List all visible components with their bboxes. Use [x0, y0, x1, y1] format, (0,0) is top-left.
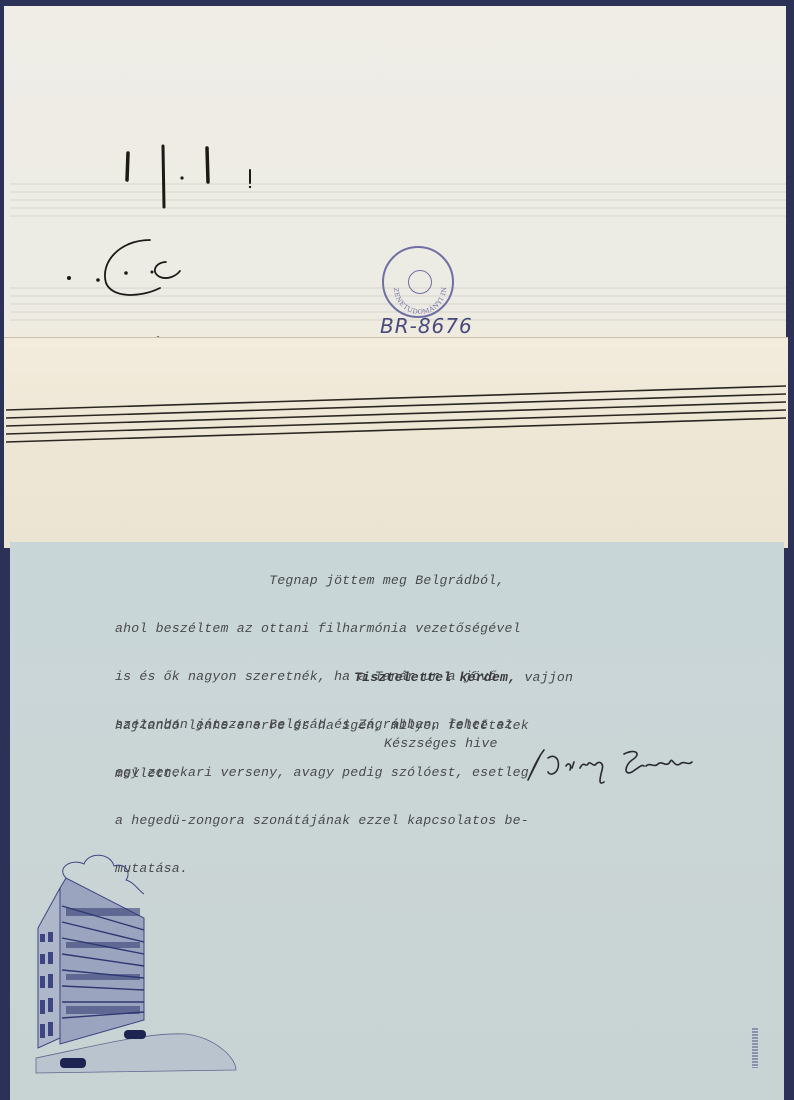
printer-imprint	[752, 1028, 758, 1068]
building-illustration	[26, 848, 246, 1083]
library-stamp: ZENETUDOMÁNYI INTÉZET	[382, 246, 454, 318]
shelf-mark: BR-8676	[380, 314, 473, 338]
letter-line: a hegedü-zongora szonátájának ezzel kapc…	[115, 813, 529, 829]
letter-line: ahol beszéltem az ottani filharmónia vez…	[115, 621, 529, 637]
folded-paper-band	[4, 338, 788, 548]
letter-line: hajlandó lenne-e erre és ha igen, milyen…	[115, 718, 529, 734]
letter-line: mellett.	[115, 766, 529, 782]
closing: Készséges hive	[384, 736, 498, 752]
stamp-text-arc: ZENETUDOMÁNYI INTÉZET	[384, 248, 456, 320]
request-rest: vajjon	[516, 670, 573, 685]
letter-line: Tegnap jöttem meg Belgrádból,	[115, 573, 529, 589]
handwritten-signature	[524, 742, 724, 792]
svg-text:ZENETUDOMÁNYI INTÉZET: ZENETUDOMÁNYI INTÉZET	[384, 248, 448, 316]
request-emphasis: Tisztelettel kérdem,	[354, 670, 516, 685]
printed-staff	[4, 338, 788, 548]
request-line: Tisztelettel kérdem, vajjon	[354, 670, 573, 686]
